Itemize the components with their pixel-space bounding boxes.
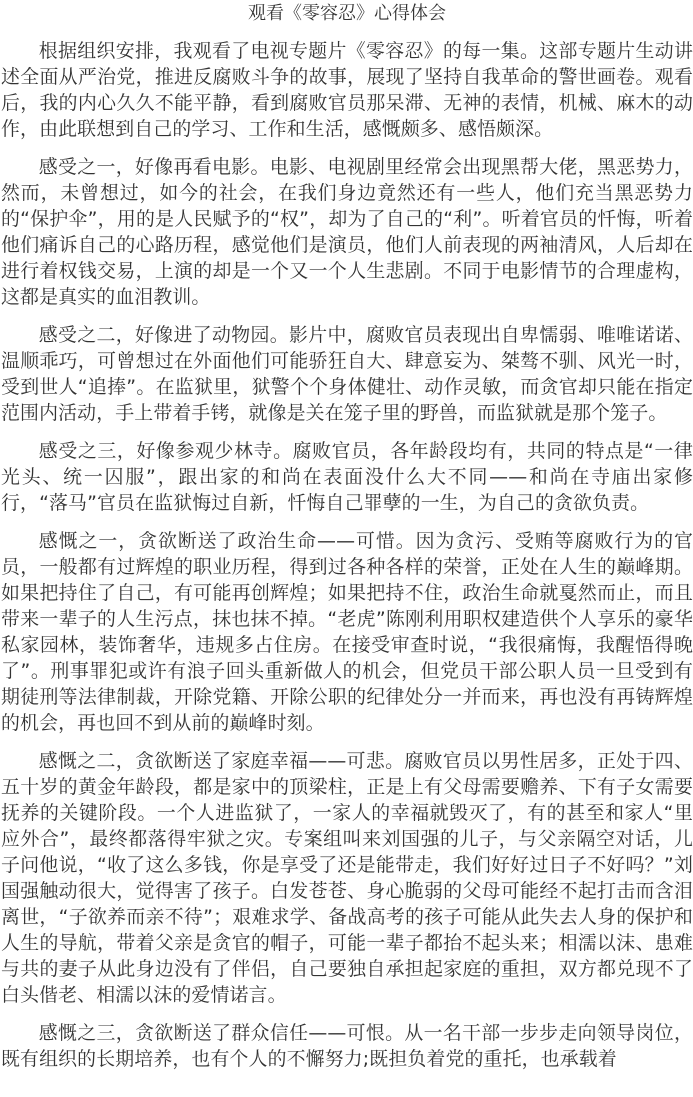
paragraph-feeling-2: 感受之二，好像进了动物园。影片中，腐败官员表现出自卑懦弱、唯唯诺诺、温顺乖巧，可…: [1, 322, 693, 426]
document-title: 观看《零容忍》心得体会: [1, 0, 693, 27]
document: 观看《零容忍》心得体会 根据组织安排，我观看了电视专题片《零容忍》的每一集。这部…: [0, 0, 693, 1072]
paragraph-reflection-1: 感慨之一，贪欲断送了政治生命——可惜。因为贪污、受贿等腐败行为的官员，一般都有过…: [1, 528, 693, 736]
paragraph-feeling-3: 感受之三，好像参观少林寺。腐败官员，各年龄段均有，共同的特点是“一律光头、统一囚…: [1, 438, 693, 516]
paragraph-reflection-2: 感慨之二，贪欲断送了家庭幸福——可悲。腐败官员以男性居多，正处于四、五十岁的黄金…: [1, 748, 693, 1008]
paragraph-feeling-1: 感受之一，好像再看电影。电影、电视剧里经常会出现黑帮大佬，黑恶势力，然而，未曾想…: [1, 154, 693, 310]
paragraph-intro: 根据组织安排，我观看了电视专题片《零容忍》的每一集。这部专题片生动讲述全面从严治…: [1, 38, 693, 142]
paragraph-reflection-3: 感慨之三，贪欲断送了群众信任——可恨。从一名干部一步步走向领导岗位，既有组织的长…: [1, 1020, 693, 1072]
